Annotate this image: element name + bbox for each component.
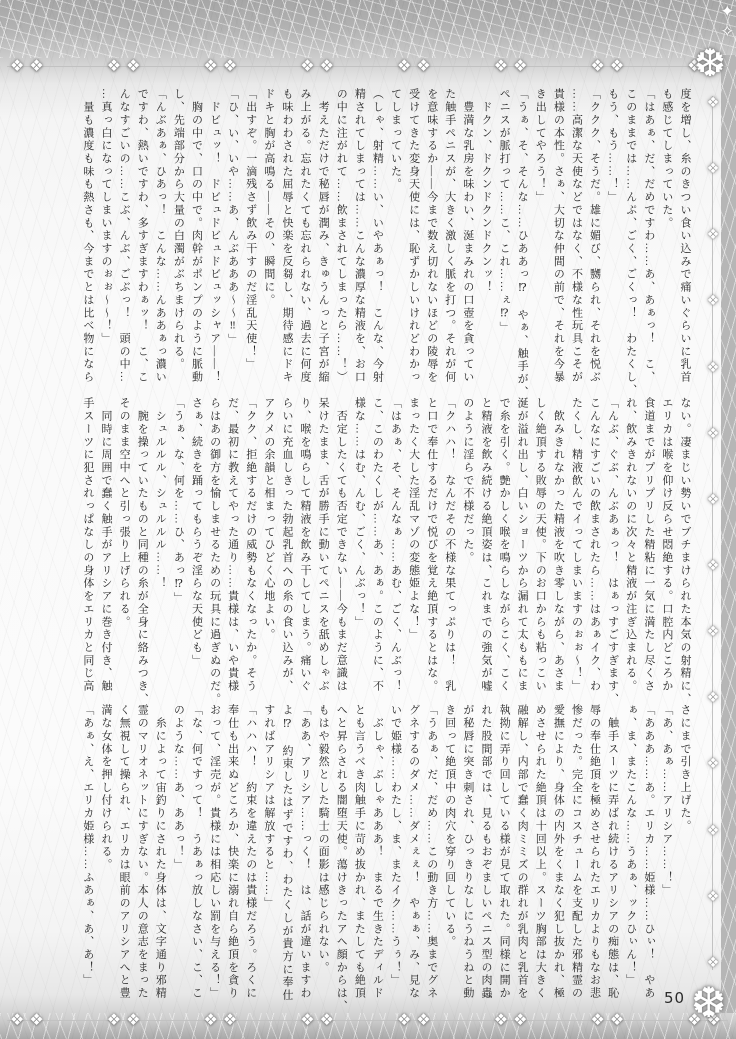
text-column: 「はあぁ、そ、そんなぁ……あむ、ごく、んぶっ！ (386, 397, 404, 695)
text-column: ぶしゃ、ぶしゃあああ！ まるで生きたディルド (368, 704, 386, 1002)
ornament-link: ❖ (707, 493, 720, 507)
text-column: 飲みきれなかった精液を吹き零しながら、あさま (549, 397, 567, 695)
ornament-link: ❖ (707, 890, 720, 904)
text-column: も味わわされた屈辱と快楽を反芻し、期待感にドキ (278, 88, 296, 386)
ornament-link: ❖ (707, 228, 720, 242)
text-column: 度を増し、糸のきつい食い込みで痛いぐらいに乳首 (676, 88, 694, 386)
text-column: 「クク、拒絶するだけの威勢もなくなったか。そう (242, 397, 260, 695)
text-column: 呆けたまま、舌が勝手に動いてペニスを舐めしゃぶ (314, 397, 332, 695)
text-column: 「ククク、そうだ。雄に媚び、嬲られ、それを悦ぶ (585, 88, 603, 386)
text-column: 「んぶ、ぐぶ、んぶあぁっ！ はぁっすごすぎます、 (604, 397, 622, 695)
text-band-1: 度を増し、糸のきつい食い込みで痛いぐらいに乳首も感じてしまっていた。「はあぁ、だ… (78, 88, 694, 386)
text-column: で糸を引く。艶かしく喉を鳴らしながらこく、こく (495, 397, 513, 695)
ornament-link: ❖ (707, 625, 720, 639)
text-column: 奉仕も出来ぬどころか、快楽に溺れ自ら絶頂を貪り (224, 704, 242, 1002)
corner-ornament-top-right: ❆ (694, 44, 726, 82)
bottom-border-ornament: ❖❖❖❖❖❖❖❖❖❖❖❖❖❖❖❖ (0, 1008, 736, 1032)
text-column: 「はあぁ、だ、だめですわ……あ、あぁっ！ こ、 (640, 88, 658, 386)
text-column: ぁ、ま、またこんな……うあぁ、ックひぃん！」 (622, 704, 640, 1002)
ornament-link: ❖❖ (10, 1012, 49, 1028)
ornament-link: ❖❖ (397, 1012, 436, 1028)
ornament-link: ❖ (707, 427, 720, 441)
text-column: さにまで引き上げた。 (676, 704, 694, 1002)
corner-ornament-bottom-right: ❆ (691, 982, 726, 1024)
text-column: 精されてしまっては……こんな濃厚な精液を、お口 (350, 88, 368, 386)
text-column: らいに充血しきった勃起乳首への糸の食い込みが、 (278, 397, 296, 695)
text-column: アクメの余韻と相まってひどく心地よい。 (260, 397, 278, 695)
text-column: し、先端部分から大量の白濁がぶちまけられる。 (169, 88, 187, 386)
text-column: 受けてきた変身天使には、恥ずかしいけれどわかっ (405, 88, 423, 386)
text-column: き回って絶頂中の肉穴を穿り回している。 (441, 704, 459, 1002)
text-column: ドクン、ドクンドクンドクンッ！ (477, 88, 495, 386)
text-column: らはあの御方を愉しませるための玩具に過ぎぬのだ。 (205, 397, 223, 695)
scanned-page: ❖❖❖❖❖❖❖❖❖❖❖❖❖❖❖❖ ❖❖❖❖❖❖❖❖❖❖❖❖❖❖❖❖ ❖❖❖❖❖❖… (0, 0, 736, 1039)
ornament-link: ❖❖ (494, 1012, 533, 1028)
text-column: 涎が溢れ出し、白いショーツから漏れて太ももにま (513, 397, 531, 695)
ornament-link: ❖ (707, 757, 720, 771)
text-column: 「な、何ですって！ うあぁっ放しなさい、こ、こ (187, 704, 205, 1002)
text-column: ……高潔な天使などではなく、不様な性玩具こそが (567, 88, 585, 386)
text-column: ない。凄まじい勢いでブチまけられた本気の射精に、 (676, 397, 694, 695)
text-column: 「ハハハ！ 約束を違えたのは貴様だろう。ろくに (242, 704, 260, 1002)
text-column: と精液を飲み続ける絶頂姿は、これまでの強気が嘘 (477, 397, 495, 695)
paper-texture-top (0, 0, 736, 58)
text-band-3: さにまで引き上げた。「あ、あぁ……アリシア……！」「あああ……あ。エリカ……姫様… (78, 704, 694, 1002)
text-column: 貴様の本性。さぁ、大切な仲間の前で、それを今暴 (549, 88, 567, 386)
text-column: り、喉を鳴らして精液を飲み干してしまう。痛いぐ (296, 397, 314, 695)
text-column: エリカは喉を仰け反らせ悶絶する。口腔内どころか (658, 397, 676, 695)
text-column: も感じてしまっていた。 (658, 88, 676, 386)
ornament-link: ❖❖ (494, 58, 533, 74)
text-column: すればアリシアは解放すると……」 (260, 704, 278, 1002)
text-column: 豊満な乳房を味わい、涎まみれの口壺を貪ってい (459, 88, 477, 386)
ornament-link: ❖❖ (107, 1012, 146, 1028)
ornament-link: ❖ (707, 96, 720, 110)
text-column: こんなにすごいの飲まされたら……はあぁイク、わ (585, 397, 603, 695)
text-column: とも言うべき肉触手に苛め抜かれ、またしても絶頂 (350, 704, 368, 1002)
ornament-link: ❖ (707, 956, 720, 970)
text-column: …真っ白になってしまいますのぉぉ～～！」 (97, 88, 115, 386)
ornament-link: ❖❖ (591, 58, 630, 74)
text-column: 量も濃度も味も熱さも、今までとは比べ物になら (79, 88, 97, 386)
text-column: 満な女体を押し付けられる。 (97, 704, 115, 1002)
text-column: の中に注がれて……飲まされてしまったら……！） (332, 88, 350, 386)
ornament-link: ❖ (707, 162, 720, 176)
page-number: 50 (664, 989, 685, 1007)
text-column: ドキと胸が高鳴る――その、瞬間に。 (260, 88, 278, 386)
ornament-link: ❖❖ (397, 58, 436, 74)
text-column: よ⁉ 約束したはずですわ、わたくしが貴方に奉仕 (278, 704, 296, 1002)
text-column: と口で奉仕するだけで悦びを覚え絶頂するとはな。 (423, 397, 441, 695)
text-column: 「あぁ、え、エリカ姫様……ふあぁ、あ、あ！」 (79, 704, 97, 1002)
text-column: へと昇らされる闇堕天使。蕩けきったアヘ顔からは、 (332, 704, 350, 1002)
ornament-link: ❖ (707, 559, 720, 573)
text-column: （しゃ、射精……い、いやあぁっ！ こんな、今射 (368, 88, 386, 386)
text-column: 惨だった。完全にコスチュームを支配した邪精霊の (567, 704, 585, 1002)
text-column: もはや毅然とした騎士の面影は感じられない。 (314, 704, 332, 1002)
text-band-2: ない。凄まじい勢いでブチまけられた本気の射精に、エリカは喉を仰け反らせ悶絶する。… (78, 397, 694, 695)
text-column: こ、このわたくしが……あ、あぁ。このように、不 (368, 397, 386, 695)
text-column: み上がる。忘れたくても忘れられない、過去に何度 (296, 88, 314, 386)
text-column: んなすごいの……こぶ、んぶ、ごぶっ！ 頭の中… (115, 88, 133, 386)
text-column: 胸の中で、口の中で。肉幹がポンプのように脈動 (187, 88, 205, 386)
text-column: 執拗に弄り回している様が見て取れた。同様に開か (495, 704, 513, 1002)
ornament-link: ❖❖ (204, 58, 243, 74)
text-column: 否定したくても否定できない――今もまだ意識は (332, 397, 350, 695)
ornament-link: ❖ (707, 691, 720, 705)
text-column: てしまっていた。 (386, 88, 404, 386)
text-column: もう、もう……！」 (604, 88, 622, 386)
text-column: 「あああ……あ。エリカ……姫様……ひぃ！ やあ (640, 704, 658, 1002)
ornament-link: ❖❖ (300, 58, 339, 74)
text-column: 「うぁ、な、何を……ひ、あっ⁉」 (169, 397, 187, 695)
text-column: れた股間部では、見るもおぞましいペニス型の肉蟲 (477, 704, 495, 1002)
text-column: 愛撫により、身体の内外をくまなく犯し抜かれ、極 (549, 704, 567, 1002)
text-column: れ、飲みきれないのに次々と精液が注ぎ込まれる。 (622, 397, 640, 695)
ornament-link: ❖ (707, 294, 720, 308)
text-column: めさせられた絶頂は十回以上。スーツ胸部は大きく (531, 704, 549, 1002)
text-column: 触手スーツに弄ばれ続けるアリシアの痴態は、恥 (604, 704, 622, 1002)
text-column: まったく大した淫乱マゾの変態姫よな！」 (405, 397, 423, 695)
text-column: ペニスが脈打って……こ、これ……ぇ⁉」 (495, 88, 513, 386)
text-column: 「んぶあぁ、ひあっ！ こんな……んああぁっ濃い (151, 88, 169, 386)
text-column: 「出すぞ。一滴残さず飲み干すのだ淫乱天使！」 (242, 88, 260, 386)
text-column: 手スーツに犯されっぱなしの身体をエリカと同じ高 (79, 397, 97, 695)
text-column: 同時に周囲で蠢く触手がアリシアに巻き付き、触 (97, 397, 115, 695)
text-column: を意味するか――今まで数え切れないほどの陵辱を (423, 88, 441, 386)
ornament-link: ❖ (707, 824, 720, 838)
text-column: が秘唇に突き刺され、ひっきりなしにうねうねと動 (459, 704, 477, 1002)
top-border-ornament: ❖❖❖❖❖❖❖❖❖❖❖❖❖❖❖❖ (0, 54, 736, 78)
edge-finial-top-right: ✦✧ (719, 2, 734, 42)
text-column: 糸によって宙釣りにされた身体は、文字通り邪精 (151, 704, 169, 1002)
text-column: 「うぁ、そ、そんな……ひああっ⁉ やぁ、触手が、 (513, 88, 531, 386)
text-column: おって、淫売が。貴様には相応しい罰を与える！」 (205, 704, 223, 1002)
text-column: ドビュッ！ ドビュドビュドビュッシャア――！ (205, 88, 223, 386)
text-column: だ、最初に教えてやった通り……貴様は、いや貴様 (224, 397, 242, 695)
text-column: たくし、精液飲んでイってしまいますのぉぉ～！」 (567, 397, 585, 695)
text-column: シュルルル、シュルルル……！ (151, 397, 169, 695)
text-column: 「ひ、い、いや……あ、んぶあああ～～‼」 (224, 88, 242, 386)
text-column: 「うあぁ、だ、だめ……この動き方……奥までグネ (423, 704, 441, 1002)
ornament-link: ❖❖ (10, 58, 49, 74)
text-column: た触手ペニスが、大きく激しく脈を打つ。それが何 (441, 88, 459, 386)
text-column: ですわ、熱いですわ、多すぎますわぁッ！ こ、こ (133, 88, 151, 386)
text-column: そのまま空中へと引っ張り上げられる。 (115, 397, 133, 695)
text-column: のように淫らで不様だった。 (459, 397, 477, 695)
text-column: いで姫様……わたし、ま、またイク……うぅ！」 (386, 704, 404, 1002)
text-column: 考えただけで秘唇が潤み、きゅうんっと子宮が縮 (314, 88, 332, 386)
text-column: 「クハハ！ なんだその不様な果てっぷりは！ 乳 (441, 397, 459, 695)
ornament-link: ❖❖ (204, 1012, 243, 1028)
text-column: 辱の奉仕絶頂を極めさせられたエリカよりもなお悲 (585, 704, 603, 1002)
text-column: 食道までがプリプリした精粘に一気に満たし尽くさ (640, 397, 658, 695)
text-column: 様な……はむ、んむ、ごく、んぶっ！」 (350, 397, 368, 695)
text-column: 「あ、あぁ……アリシア……！」 (658, 704, 676, 1002)
text-column: く無視して操られ、エリカは眼前のアリシアへと豊 (115, 704, 133, 1002)
text-column: 「ああ、アリシア……っく！ は、話が違いますわ (296, 704, 314, 1002)
ornament-link: ❖❖ (300, 1012, 339, 1028)
ornament-link: ❖❖ (591, 1012, 630, 1028)
text-column: 霊のマリオネットにすぎない。本人の意志をまった (133, 704, 151, 1002)
ornament-link: ❖ (707, 361, 720, 375)
text-column: 融解し、内部で蠢く肉ミミズの群れが乳肉と乳首を (513, 704, 531, 1002)
text-column: さぁ、続きを踊ってもらうぞ淫らな天使ども」 (187, 397, 205, 695)
text-column: グネするのダメ……ダメぇぇ！ やぁぁ、み、見な (405, 704, 423, 1002)
ornament-link: ❖❖ (107, 58, 146, 74)
text-column: しく絶頂する敗辱の天使。下のお口からも粘っこい (531, 397, 549, 695)
text-column: 腕を操っていたものと同種の糸が全身に絡みつき、 (133, 397, 151, 695)
text-column: き出してやろう！」 (531, 88, 549, 386)
right-border-ornament: ❖❖❖❖❖❖❖❖❖❖❖❖❖❖ (701, 96, 725, 970)
text-column: のような……あ、ああっ！」 (169, 704, 187, 1002)
text-column: このままでは……んぷ、ごく、ごくっ！ わたくし、 (622, 88, 640, 386)
